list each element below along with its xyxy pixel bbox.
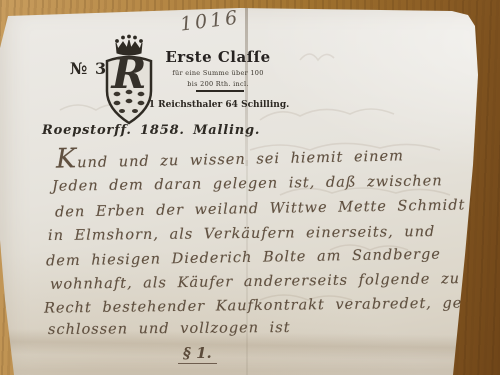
handwriting-line: dem hiesigen Diederich Bolte am Sandberg… [46, 247, 441, 270]
handwritten-journal-number: 1016 [179, 6, 242, 35]
stamp-class-title: Erste Claſſe [160, 48, 276, 66]
handwriting-line: wohnhaft, als Käufer andererseits folgen… [50, 271, 460, 293]
stamp-class-condition-line1: für eine Summe über 100 [160, 69, 276, 77]
handwriting-line: Recht bestehender Kaufkontrakt verabrede… [44, 295, 468, 316]
handwriting-line: Jeden dem daran gelegen ist, daß zwische… [52, 173, 443, 194]
handwriting-line: den Erben der weiland Wittwe Mette Schmi… [55, 197, 466, 220]
handwriting-line: schlossen und vollzogen ist [48, 320, 291, 338]
royal-monogram-emblem-icon: R [100, 34, 158, 128]
section-heading: § 1. [178, 344, 217, 364]
stamp-fee-line: 1 Reichsthaler 64 Schilling. [148, 100, 290, 110]
header-divider-rule [196, 90, 244, 92]
document-paper: 1016 № 3. R Erste Claſſe für eine Summ [0, 0, 500, 375]
stamp-class-condition-line2: bis 200 Rth. incl. [160, 80, 276, 88]
handwriting-line: Kund und zu wissen sei hiemit einem [56, 147, 404, 171]
handwriting-line: in Elmshorn, als Verkäufern einerseits, … [48, 224, 435, 244]
photo-of-document-on-wooden-table: 1016 № 3. R Erste Claſſe für eine Summ [0, 0, 500, 375]
stamp-class-block: Erste Claſſe für eine Summe über 100 bis… [160, 48, 276, 88]
issuer-date-place-line: Roepstorff. 1858. Malling. [42, 123, 260, 138]
